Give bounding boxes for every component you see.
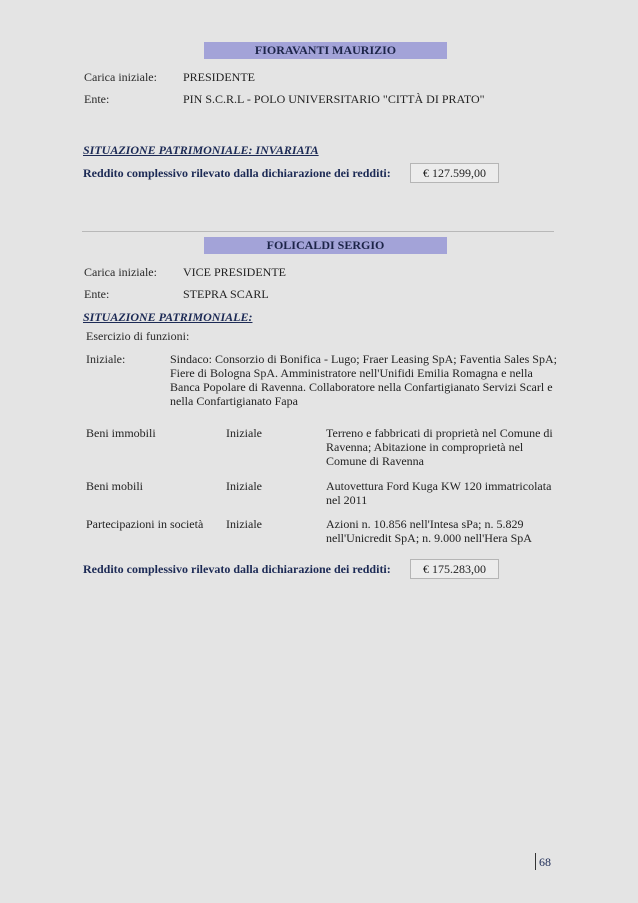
description-line: Comune di Ravenna <box>326 454 566 468</box>
ente-label: Ente: <box>84 92 109 107</box>
carica-label: Carica iniziale: <box>84 70 157 85</box>
income-label: Reddito complessivo rilevato dalla dichi… <box>83 562 391 577</box>
asset-description: Azioni n. 10.856 nell'Intesa sPa; n. 5.8… <box>326 517 566 545</box>
situazione-patrimoniale-title: SITUAZIONE PATRIMONIALE: <box>83 310 252 325</box>
iniziale-label: Iniziale: <box>86 352 125 367</box>
person-name-header: FIORAVANTI MAURIZIO <box>204 42 447 59</box>
asset-description: Autovettura Ford Kuga KW 120 immatricola… <box>326 479 566 507</box>
asset-description: Terreno e fabbricati di proprietà nel Co… <box>326 426 566 468</box>
situazione-patrimoniale-title: SITUAZIONE PATRIMONIALE: INVARIATA <box>83 143 319 158</box>
asset-status: Iniziale <box>226 517 262 531</box>
description-line: Sindaco: Consorzio di Bonifica - Lugo; F… <box>170 352 570 366</box>
income-value-box: € 127.599,00 <box>410 163 499 183</box>
esercizio-funzioni-label: Esercizio di funzioni: <box>86 329 189 344</box>
description-line: nella Confartigianato Fapa <box>170 394 570 408</box>
page-number: 68 <box>539 855 551 870</box>
ente-value: STEPRA SCARL <box>183 287 269 302</box>
description-line: Banca Popolare di Ravenna. Collaboratore… <box>170 380 570 394</box>
section-divider <box>82 231 554 232</box>
description-line: Azioni n. 10.856 nell'Intesa sPa; n. 5.8… <box>326 517 566 531</box>
carica-label: Carica iniziale: <box>84 265 157 280</box>
person-name-header: FOLICALDI SERGIO <box>204 237 447 254</box>
income-label: Reddito complessivo rilevato dalla dichi… <box>83 166 391 181</box>
description-line: nel 2011 <box>326 493 566 507</box>
asset-status: Iniziale <box>226 479 262 493</box>
description-line: Ravenna; Abitazione in comproprietà nel <box>326 440 566 454</box>
description-line: Terreno e fabbricati di proprietà nel Co… <box>326 426 566 440</box>
asset-category: Partecipazioni in società <box>86 517 203 531</box>
carica-value: VICE PRESIDENTE <box>183 265 286 280</box>
description-line: Autovettura Ford Kuga KW 120 immatricola… <box>326 479 566 493</box>
asset-category: Beni mobili <box>86 479 143 493</box>
asset-category: Beni immobili <box>86 426 156 440</box>
page-number-bar <box>535 853 536 870</box>
carica-value: PRESIDENTE <box>183 70 255 85</box>
ente-label: Ente: <box>84 287 109 302</box>
description-line: Fiere di Bologna SpA. Amministratore nel… <box>170 366 570 380</box>
description-line: nell'Unicredit SpA; n. 9.000 nell'Hera S… <box>326 531 566 545</box>
iniziale-description: Sindaco: Consorzio di Bonifica - Lugo; F… <box>170 352 570 408</box>
income-value-box: € 175.283,00 <box>410 559 499 579</box>
ente-value: PIN S.C.R.L - POLO UNIVERSITARIO "CITTÀ … <box>183 92 485 107</box>
asset-status: Iniziale <box>226 426 262 440</box>
